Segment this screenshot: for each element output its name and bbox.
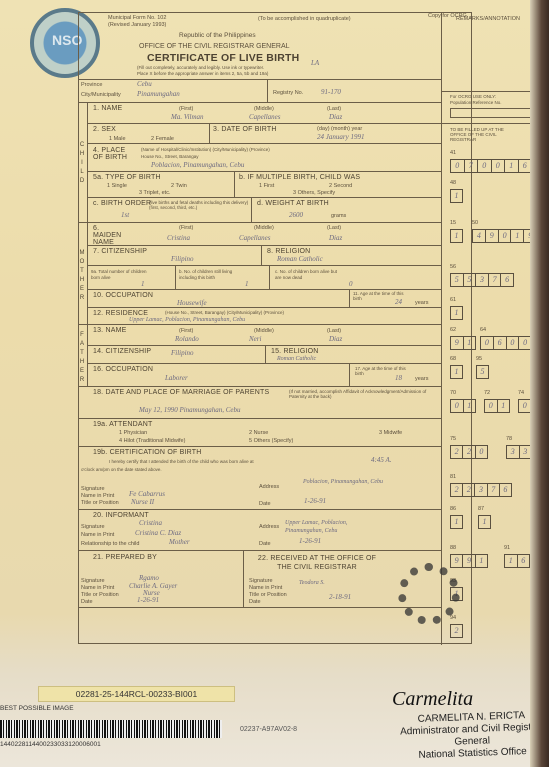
- code-box-87[interactable]: 1: [478, 515, 491, 529]
- signatory-block: CARMELITA N. ERICTA Administrator and Ci…: [391, 709, 549, 763]
- type-twin-option[interactable]: 2 Twin: [171, 184, 187, 190]
- code-label-70: 70: [450, 391, 456, 397]
- father-last-col: (Last): [327, 329, 341, 335]
- total-children-value[interactable]: 1: [141, 281, 145, 288]
- informant-label: 20. INFORMANT: [93, 512, 149, 519]
- code-label-95: 95: [476, 357, 482, 363]
- middle-col-label: (Middle): [254, 107, 274, 113]
- dead-children-value[interactable]: 0: [349, 281, 353, 288]
- cert-date[interactable]: 1-26-91: [304, 498, 326, 505]
- type-of-birth-label: 5a. TYPE OF BIRTH: [93, 174, 161, 181]
- marriage-label: 18. DATE AND PLACE OF MARRIAGE OF PARENT…: [93, 389, 269, 396]
- attendant-midwife[interactable]: 3 Midwife: [379, 431, 402, 437]
- cert-name-label: Name in Print: [81, 494, 114, 500]
- code-box-62[interactable]: 91: [450, 336, 476, 350]
- dob-label: 3. DATE OF BIRTH: [213, 126, 277, 133]
- mother-section-label: MOTHER: [78, 249, 86, 303]
- mother-age-unit: years: [415, 301, 428, 307]
- received-label: 22. RECEIVED AT THE OFFICE OF THE CIVIL …: [257, 554, 377, 572]
- weight-value[interactable]: 2600: [289, 212, 303, 219]
- informant-date-label: Date: [259, 542, 271, 548]
- registry-value[interactable]: 91-170: [321, 89, 341, 96]
- serial-number: 02237-A97AV02-8: [240, 726, 297, 733]
- sex-label: 2. SEX: [93, 126, 116, 133]
- document-id-label: 02281-25-144RCL-00233-BI001: [38, 686, 235, 702]
- father-first-col: (First): [179, 329, 193, 335]
- code-label-91: 91: [504, 546, 510, 552]
- mother-first-name[interactable]: Cristina: [167, 235, 190, 242]
- prepared-signature-label: Signature: [81, 579, 105, 585]
- child-last-name[interactable]: Diaz: [329, 114, 342, 121]
- prepared-title-label: Title or Position: [81, 593, 119, 599]
- best-possible-image: BEST POSSIBLE IMAGE: [0, 706, 74, 713]
- code-label-61: 61: [450, 298, 456, 304]
- father-last-name[interactable]: Diaz: [329, 336, 342, 343]
- received-date-label: Date: [249, 600, 261, 606]
- informant-relationship[interactable]: Mother: [169, 539, 190, 546]
- code-box-15[interactable]: 1: [450, 229, 463, 243]
- population-ref-label: Population Reference No.: [450, 101, 502, 106]
- mother-religion[interactable]: Roman Catholic: [277, 256, 323, 263]
- code-label-88: 88: [450, 546, 456, 552]
- maiden-name-label: 6. MAIDEN NAME: [93, 225, 129, 246]
- father-section-label: FATHER: [78, 331, 86, 385]
- pob-label: 4. PLACE OF BIRTH: [93, 147, 133, 161]
- code-label-81: 81: [450, 475, 456, 481]
- code-label-72: 72: [484, 391, 490, 397]
- received-date[interactable]: 2-18-91: [329, 594, 351, 601]
- mother-last-name[interactable]: Diaz: [329, 235, 342, 242]
- province-label: Province: [81, 83, 102, 89]
- code-label-41: 41: [450, 151, 456, 157]
- city-label: City/Municipality: [81, 93, 121, 99]
- mother-first-col: (First): [179, 226, 193, 232]
- code-label-15: 15: [450, 221, 456, 227]
- cert-title[interactable]: Nurse II: [131, 499, 154, 506]
- mother-last-col: (Last): [327, 226, 341, 232]
- code-box-56[interactable]: 55376: [450, 273, 514, 287]
- certification-ampm: o'clock am/pm on the date stated above.: [81, 468, 162, 473]
- instructions-1: (Fill out completely, accurately and leg…: [137, 66, 264, 71]
- code-box-41[interactable]: 070016: [450, 159, 532, 173]
- code-box-75[interactable]: 220: [450, 445, 488, 459]
- multiple-first-option[interactable]: 1 First: [259, 184, 274, 190]
- code-label-74: 74: [518, 391, 524, 397]
- prepared-date[interactable]: 1-26-91: [137, 597, 159, 604]
- cert-name[interactable]: Fe Cabarrus: [129, 491, 165, 498]
- received-signature-label: Signature: [249, 579, 273, 585]
- code-label-56: 56: [450, 265, 456, 271]
- prepared-signature[interactable]: Rgamo: [139, 575, 159, 582]
- code-box-78[interactable]: 33: [506, 445, 532, 459]
- weight-unit: grams: [331, 214, 346, 220]
- living-children-value[interactable]: 1: [245, 281, 249, 288]
- attendant-hilot[interactable]: 4 Hilot (Traditional Midwife): [119, 439, 185, 445]
- code-box-95[interactable]: 5: [476, 365, 489, 379]
- cert-address-label: Address: [259, 485, 279, 491]
- instructions-2: Place X before the appropriate answer in…: [137, 72, 268, 77]
- fill-note: TO BE FILLED UP AT THE OFFICE OF THE CIV…: [450, 127, 520, 142]
- pob-sub: House No., Street, Barangay: [141, 155, 199, 160]
- code-label-48: 48: [450, 181, 456, 187]
- prepared-date-label: Date: [81, 600, 93, 606]
- city-value[interactable]: Pinamungahan: [137, 91, 180, 98]
- registrar-stamp: [398, 563, 460, 625]
- mother-occupation[interactable]: Housewife: [177, 300, 207, 307]
- code-box-91[interactable]: 16: [504, 554, 530, 568]
- province-value[interactable]: Cebu: [137, 81, 152, 88]
- dead-children-label: c. No. of children born alive but are no…: [275, 269, 339, 281]
- code-box-64[interactable]: 0600: [480, 336, 532, 350]
- code-box-72[interactable]: 01: [484, 399, 510, 413]
- prepared-name-label: Name in Print: [81, 586, 114, 592]
- father-religion-label: 15. RELIGION: [271, 348, 319, 355]
- code-box-94[interactable]: 2: [450, 624, 463, 638]
- informant-name-label: Name in Print: [81, 533, 114, 539]
- population-ref-field[interactable]: [450, 108, 542, 118]
- residence-columns: (House No., Street, Barangay) (City/Muni…: [165, 311, 284, 316]
- signatory-signature: Carmelita: [392, 688, 473, 711]
- living-children-label: b. No. of children still living includin…: [179, 269, 241, 281]
- barcode-number: 1440228114400233033120006001: [0, 742, 101, 749]
- certificate-paper: NSO Municipal Form No. 102 (Revised Janu…: [0, 0, 541, 767]
- office-label: OFFICE OF THE CIVIL REGISTRAR GENERAL: [139, 43, 290, 50]
- code-box-68[interactable]: 1: [450, 365, 463, 379]
- child-first-name[interactable]: Ma. Vilman: [171, 114, 204, 121]
- last-col-label: (Last): [327, 107, 341, 113]
- first-col-label: (First): [179, 107, 193, 113]
- father-name-label: 13. NAME: [93, 327, 127, 334]
- code-box-48[interactable]: 1: [450, 189, 463, 203]
- remarks-label: REMARKS/ANNOTATION: [456, 17, 520, 23]
- father-occupation-label: 16. OCCUPATION: [93, 366, 153, 373]
- residence-label: 12. RESIDENCE: [93, 310, 148, 317]
- code-label-62: 62: [450, 328, 456, 334]
- informant-relationship-label: Relationship to the child: [81, 542, 139, 548]
- type-single-option[interactable]: 1 Single: [107, 184, 127, 190]
- mother-citizenship-label: 7. CITIZENSHIP: [93, 248, 147, 255]
- mother-middle-col: (Middle): [254, 226, 274, 232]
- child-section-label: CHILD: [78, 141, 86, 186]
- barcode: [0, 720, 222, 738]
- received-title-label: Title or Position: [249, 593, 287, 599]
- father-age-unit: years: [415, 377, 428, 383]
- certificate-form: Republic of the Philippines OFFICE OF TH…: [78, 12, 472, 644]
- attendant-label: 19a. ATTENDANT: [93, 421, 152, 428]
- ocrg-use-only: For OCRG USE ONLY:: [450, 95, 496, 100]
- mother-religion-label: 8. RELIGION: [267, 248, 310, 255]
- multiple-others-option[interactable]: 3 Others, Specify: [293, 191, 335, 197]
- father-middle-name[interactable]: Neri: [249, 336, 261, 343]
- mother-occupation-label: 10. OCCUPATION: [93, 292, 153, 299]
- pob-value[interactable]: Poblacion, Pinamungahan, Cebu: [151, 162, 244, 169]
- certification-label: 19b. CERTIFICATION OF BIRTH: [93, 449, 201, 456]
- birth-order-value[interactable]: 1st: [121, 212, 129, 219]
- registry-label: Registry No.: [273, 91, 303, 97]
- weight-label: d. WEIGHT AT BIRTH: [257, 200, 329, 207]
- father-religion[interactable]: Roman Catholic: [277, 356, 316, 362]
- attendant-nurse[interactable]: 2 Nurse: [249, 431, 268, 437]
- certificate-title: CERTIFICATE OF LIVE BIRTH: [147, 53, 299, 64]
- informant-signature[interactable]: Cristina: [139, 520, 162, 527]
- father-first-name[interactable]: Rolando: [175, 336, 199, 343]
- republic-label: Republic of the Philippines: [179, 33, 256, 40]
- cert-title-label: Title or Position: [81, 501, 119, 507]
- code-box-81[interactable]: 22376: [450, 483, 512, 497]
- code-label-87: 87: [478, 507, 484, 513]
- code-label-64: 64: [480, 328, 486, 334]
- multiple-birth-label: b. IF MULTIPLE BIRTH, CHILD WAS: [239, 174, 360, 181]
- dob-columns: (day) (month) year: [317, 127, 362, 133]
- code-box-61[interactable]: 1: [450, 306, 463, 320]
- code-label-86: 86: [450, 507, 456, 513]
- mother-age[interactable]: 24: [395, 299, 402, 306]
- informant-address[interactable]: Upper Lamac, Poblacion, Pinamungahan, Ce…: [285, 519, 375, 535]
- mother-age-label: 11. Age at the time of this birth: [353, 292, 413, 301]
- informant-name[interactable]: Cristina C. Diaz: [135, 530, 181, 537]
- mother-middle-name[interactable]: Capellanes: [239, 235, 271, 242]
- birth-order-hint: (live births and fetal deaths including …: [149, 201, 249, 210]
- code-label-75: 75: [450, 437, 456, 443]
- certification-time[interactable]: 4:45 A.: [371, 457, 391, 464]
- certification-text: I hereby certify that I attended the bir…: [109, 460, 254, 465]
- informant-address-label: Address: [259, 525, 279, 531]
- informant-signature-label: Signature: [81, 525, 105, 531]
- attendant-physician[interactable]: 1 Physician: [119, 431, 147, 437]
- background-edge: [530, 0, 549, 767]
- father-citizenship[interactable]: Filipino: [171, 350, 194, 357]
- birth-order-label: c. BIRTH ORDER: [93, 200, 151, 207]
- code-box-88[interactable]: 991: [450, 554, 488, 568]
- multiple-second-option[interactable]: 2 Second: [329, 184, 352, 190]
- dob-value[interactable]: 24 January 1991: [317, 134, 364, 141]
- margin-note: LA: [311, 60, 319, 67]
- code-label-78: 78: [506, 437, 512, 443]
- father-middle-col: (Middle): [254, 329, 274, 335]
- father-occupation[interactable]: Laborer: [165, 375, 188, 382]
- type-triplet-option[interactable]: 3 Triplet, etc.: [139, 191, 171, 197]
- child-middle-name[interactable]: Capellanes: [249, 114, 281, 121]
- attendant-others[interactable]: 5 Others (Specify): [249, 439, 293, 445]
- code-box-86[interactable]: 1: [450, 515, 463, 529]
- father-citizenship-label: 14. CITIZENSHIP: [93, 348, 151, 355]
- code-label-50: 50: [472, 221, 478, 227]
- received-name[interactable]: Teodora S.: [299, 580, 325, 586]
- code-box-70[interactable]: 01: [450, 399, 476, 413]
- cert-date-label: Date: [259, 502, 271, 508]
- mother-citizenship[interactable]: Filipino: [171, 256, 194, 263]
- informant-date[interactable]: 1-26-91: [299, 538, 321, 545]
- father-age-label: 17. Age at the time of this birth: [355, 367, 413, 376]
- code-label-68: 68: [450, 357, 456, 363]
- prepared-by-label: 21. PREPARED BY: [93, 554, 157, 561]
- child-name-label: 1. NAME: [93, 105, 122, 112]
- father-age[interactable]: 18: [395, 375, 402, 382]
- sex-female-option[interactable]: 2 Female: [151, 137, 174, 143]
- sex-male-option[interactable]: 1 Male: [109, 137, 126, 143]
- pob-columns: (Name of Hospital/Clinic/Institution) (C…: [141, 148, 270, 153]
- received-name-label: Name in Print: [249, 586, 282, 592]
- cert-address[interactable]: Poblacion, Pinamungahan, Cebu: [303, 479, 383, 485]
- marriage-value[interactable]: May 12, 1990 Pinamungahan, Cebu: [139, 407, 241, 414]
- marriage-hint: (If not married, accomplish Affidavit of…: [289, 390, 439, 399]
- residence-value[interactable]: Upper Lamac, Poblacion, Pinamungahan, Ce…: [129, 317, 245, 323]
- cert-signature-label: Signature: [81, 487, 105, 493]
- code-label-94: 94: [450, 616, 456, 622]
